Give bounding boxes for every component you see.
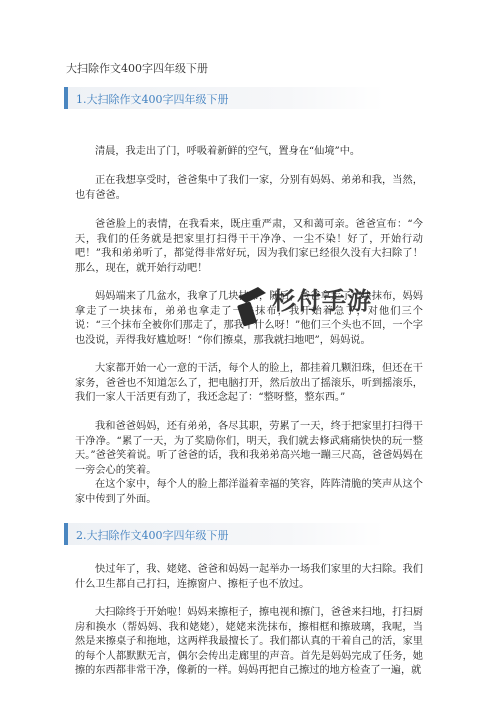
paragraph: 大家都开始一心一意的干活，每个人的脸上，都挂着几颗汨珠，但还在干家务，爸爸也不知… [75, 362, 423, 406]
paragraph: 正在我想享受时，爸爸集中了我们一家，分别有妈妈、弟弟和我，当然，也有爸爸。 [75, 174, 423, 203]
section-heading-2: 2.大扫除作文400字四年级下册 [64, 523, 384, 545]
section-heading-label: 2.大扫除作文400字四年级下册 [76, 527, 229, 543]
section-heading-1: 1.大扫除作文400字四年级下册 [64, 87, 384, 109]
heading-accent-bar [64, 87, 68, 109]
watermark: 杉付手游 [232, 275, 402, 335]
watermark-text: 杉付手游 [272, 281, 372, 316]
paragraph: 清晨，我走出了门，呼吸着新鲜的空气，置身在“仙境”中。 [75, 145, 423, 160]
phone-hand-icon [232, 279, 272, 329]
paragraph: 快过年了，我、姥姥、爸爸和妈妈一起举办一场我们家里的大扫除。我们什么卫生都自己打… [75, 563, 423, 592]
paragraph: 大扫除终于开始啦！妈妈来擦柜子，擦电视和擦门，爸爸来扫地，打扫厨房和换水（帮妈妈… [75, 606, 423, 679]
paragraph: 爸爸脸上的表情，在我看来，既庄重严肃，又和蔼可亲。爸爸宣布：“今天，我们的任务就… [75, 218, 423, 276]
document-page: 大扫除作文400字四年级下册 1.大扫除作文400字四年级下册 清晨，我走出了门… [0, 0, 500, 707]
paragraph: 我和爸爸妈妈，还有弟弟，各尽其职，劳累了一天，终于把家里打扫得干干净净。“累了一… [75, 420, 423, 478]
document-title: 大扫除作文400字四年级下册 [66, 60, 208, 76]
heading-accent-bar [64, 523, 68, 545]
section-heading-label: 1.大扫除作文400字四年级下册 [76, 91, 229, 107]
paragraph: 在这个家中，每个人的脸上都洋溢着幸福的笑容，阵阵清脆的笑声从这个家中传到了外面。 [75, 478, 423, 507]
